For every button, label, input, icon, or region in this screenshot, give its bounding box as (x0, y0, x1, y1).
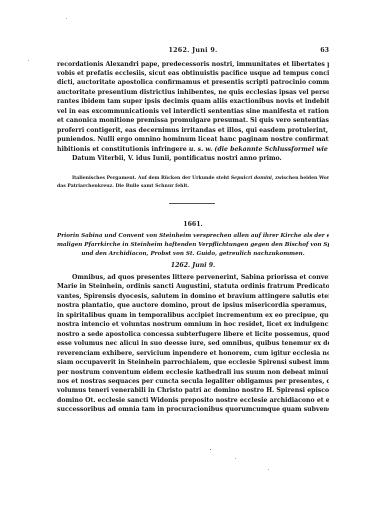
document-date: 1262. Juni 9. (57, 262, 329, 269)
text-line-closing-formula: hibitionis et constitutionis infringere … (57, 145, 329, 154)
text-line: Marie in Steinhein, ordinis sancti Augus… (57, 282, 329, 291)
body-text-continued: recordationis Alexandri pape, predecesso… (57, 60, 329, 164)
regest-line: maligen Pfarrkirche in Steinheim haftend… (57, 241, 329, 250)
text-line: vel in eas excommunicationis vel interdi… (57, 107, 329, 116)
regest-line: Priorin Sabina und Convent von Steinheim… (57, 232, 329, 241)
running-head: 1262. Juni 9. 63 (57, 47, 329, 57)
note-line: das Patriarchenkreuz. Die Bulle samt Sch… (57, 183, 329, 191)
running-head-date: 1262. Juni 9. (57, 47, 329, 54)
text-line: Omnibus, ad quos presentes littere perve… (57, 273, 329, 282)
page-number: 63 (320, 47, 329, 54)
text-line: nostro a sede apostolica concessa subter… (57, 330, 329, 339)
text-line: reverenciam exhibere, servicium inpender… (57, 349, 329, 358)
text-line: in spiritalibus quam in temporalibus acc… (57, 311, 329, 320)
note-text: zwischen beiden Worten (275, 176, 329, 181)
section-divider (169, 203, 215, 204)
scan-speck (210, 449, 211, 450)
regest-summary: Priorin Sabina und Convent von Steinheim… (57, 232, 329, 259)
note-line: Italienisches Pergament. Auf dem Rücken … (57, 175, 329, 183)
text-line: puniendos. Nulli ergo omnino hominum lic… (57, 135, 329, 144)
text-line: nostra plantatio, que auctore domino, pr… (57, 301, 329, 310)
scan-speck (268, 469, 269, 470)
text-line: dicti, auctoritate apostolica confirmamu… (57, 78, 329, 87)
text-line: proferri contigerit, eas decernimus irri… (57, 126, 329, 135)
text-line: nos et nostras sequaces per cuncta secul… (57, 377, 329, 386)
text-line: recordationis Alexandri pape, predecesso… (57, 60, 329, 69)
note-italic-text: Sepulcri domini, (231, 176, 274, 181)
editorial-note: Italienisches Pergament. Auf dem Rücken … (57, 175, 329, 190)
body-text-charter: Omnibus, ad quos presentes littere perve… (57, 273, 329, 415)
text-line: volumus teneri venerabili in Christo pat… (57, 386, 329, 395)
text-line: auctoritate presentium districtius inhib… (57, 88, 329, 97)
datum-line: Datum Viterbii, V. idus Iunii, pontifica… (57, 154, 329, 163)
text-line: esse volumus nec alicui in suo deesse iu… (57, 339, 329, 348)
scan-speck (66, 18, 67, 19)
text-line: et canonica monitione premissa promulgar… (57, 116, 329, 125)
text-line: vobis et prefatis ecclesiis, sicut eas o… (57, 69, 329, 78)
text-line: rantes ibidem tam super ipsis decimis qu… (57, 97, 329, 106)
text-line: nostra intencio et voluntas nostrum omni… (57, 320, 329, 329)
document-number: 1661. (57, 221, 329, 228)
note-text: Italienisches Pergament. Auf dem Rücken … (72, 176, 229, 181)
scan-speck (235, 458, 236, 459)
text-line: successoribus ad omnia tam in procuracio… (57, 405, 329, 414)
closing-italic: u. s. w. (die bekannte Schlussformel wie… (189, 146, 329, 153)
text-line: domino Ot. ecclesie sancti Widonis prepo… (57, 396, 329, 405)
closing-roman: hibitionis et constitutionis infringere (57, 146, 187, 153)
text-line: siam occupaverit in Steinhein parrochial… (57, 358, 329, 367)
regest-line: und den Archidiacon, Probst von St. Guid… (57, 250, 329, 259)
text-line: per nostrum conventum eidem ecclesie kat… (57, 368, 329, 377)
scan-speck (28, 60, 29, 61)
text-line: vantes, Spirensis dyocesis, salutem in d… (57, 292, 329, 301)
